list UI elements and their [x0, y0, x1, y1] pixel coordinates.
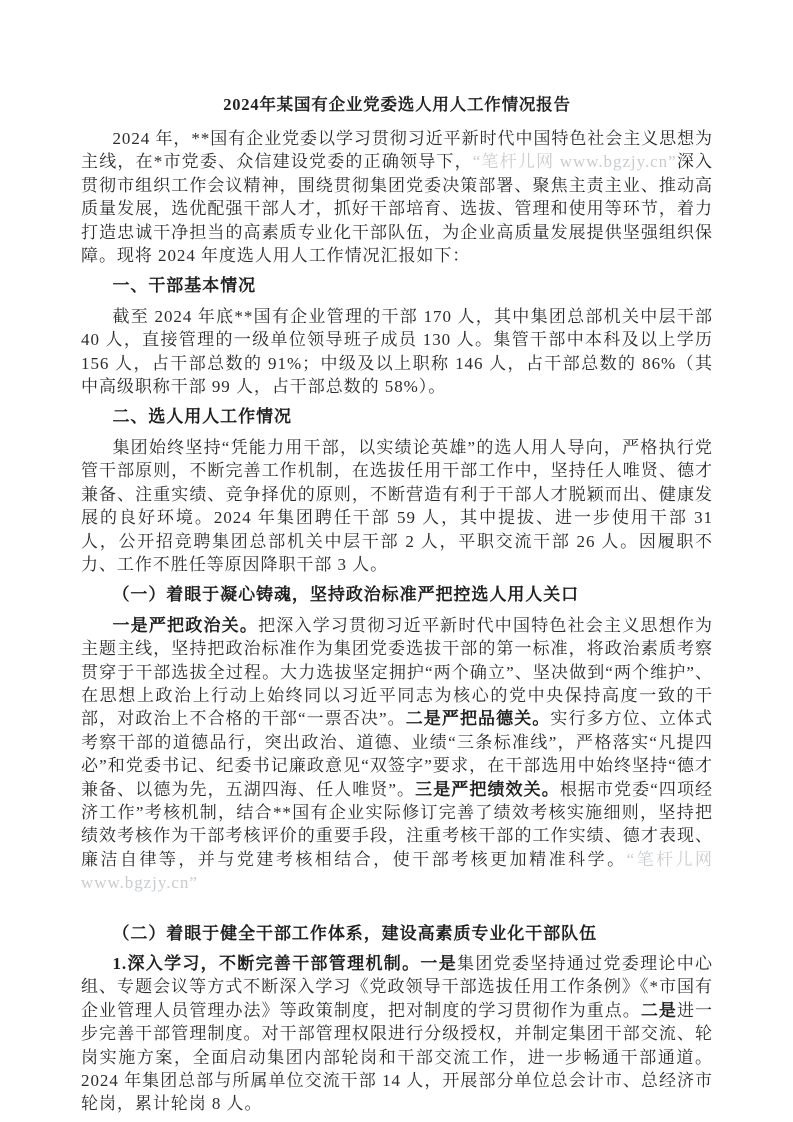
bold-text-run: （一）着眼于凝心铸魂，坚持政治标准严把控选人用人关口: [112, 585, 579, 604]
text-run: 集团始终坚持“凭能力用干部，以实绩论英雄”的选人用人导向，严格执行党管干部原则，…: [81, 438, 713, 574]
document-page: 2024年某国有企业党委选人用人工作情况报告 2024 年，**国有企业党委以学…: [0, 0, 793, 1122]
section-heading-2: 二、选人用人工作情况: [81, 405, 713, 428]
subsection-heading-2: （二）着眼于健全干部工作体系，建设高素质专业化干部队伍: [81, 922, 713, 945]
bold-text-run: 1.深入学习，不断完善干部管理机制。一是: [112, 954, 457, 973]
selection-overview-paragraph: 集团始终坚持“凭能力用干部，以实绩论英雄”的选人用人导向，严格执行党管干部原则，…: [81, 436, 713, 576]
bold-text-run: 二是: [641, 1001, 677, 1020]
bold-text-run: 一、干部基本情况: [112, 276, 256, 295]
subsection-heading-1: （一）着眼于凝心铸魂，坚持政治标准严把控选人用人关口: [81, 583, 713, 606]
text-run: 截至 2024 年底**国有企业管理的干部 170 人，其中集团总部机关中层干部…: [81, 307, 713, 396]
bold-text-run: 三是严把绩效关。: [415, 780, 560, 799]
bold-text-run: 二、选人用人工作情况: [112, 407, 292, 426]
political-standard-paragraph: 一是严把政治关。把深入学习贯彻习近平新时代中国特色社会主义思想作为主题主线，坚持…: [81, 614, 713, 895]
bold-text-run: 二是严把品德关。: [406, 709, 551, 728]
document-title: 2024年某国有企业党委选人用人工作情况报告: [81, 93, 713, 117]
watermark-text: “笔杆儿网 www.bgzjy.cn”: [473, 152, 677, 171]
bold-text-run: 一是严把政治关。: [112, 616, 258, 635]
cadre-basic-paragraph: 截至 2024 年底**国有企业管理的干部 170 人，其中集团总部机关中层干部…: [81, 305, 713, 399]
cadre-system-paragraph: 1.深入学习，不断完善干部管理机制。一是集团党委坚持通过党委理论中心组、专题会议…: [81, 952, 713, 1116]
intro-paragraph: 2024 年，**国有企业党委以学习贯彻习近平新时代中国特色社会主义思想为主线，…: [81, 127, 713, 267]
section-heading-1: 一、干部基本情况: [81, 274, 713, 297]
bold-text-run: （二）着眼于健全干部工作体系，建设高素质专业化干部队伍: [112, 924, 597, 943]
document-body: 2024 年，**国有企业党委以学习贯彻习近平新时代中国特色社会主义思想为主线，…: [81, 127, 713, 1116]
